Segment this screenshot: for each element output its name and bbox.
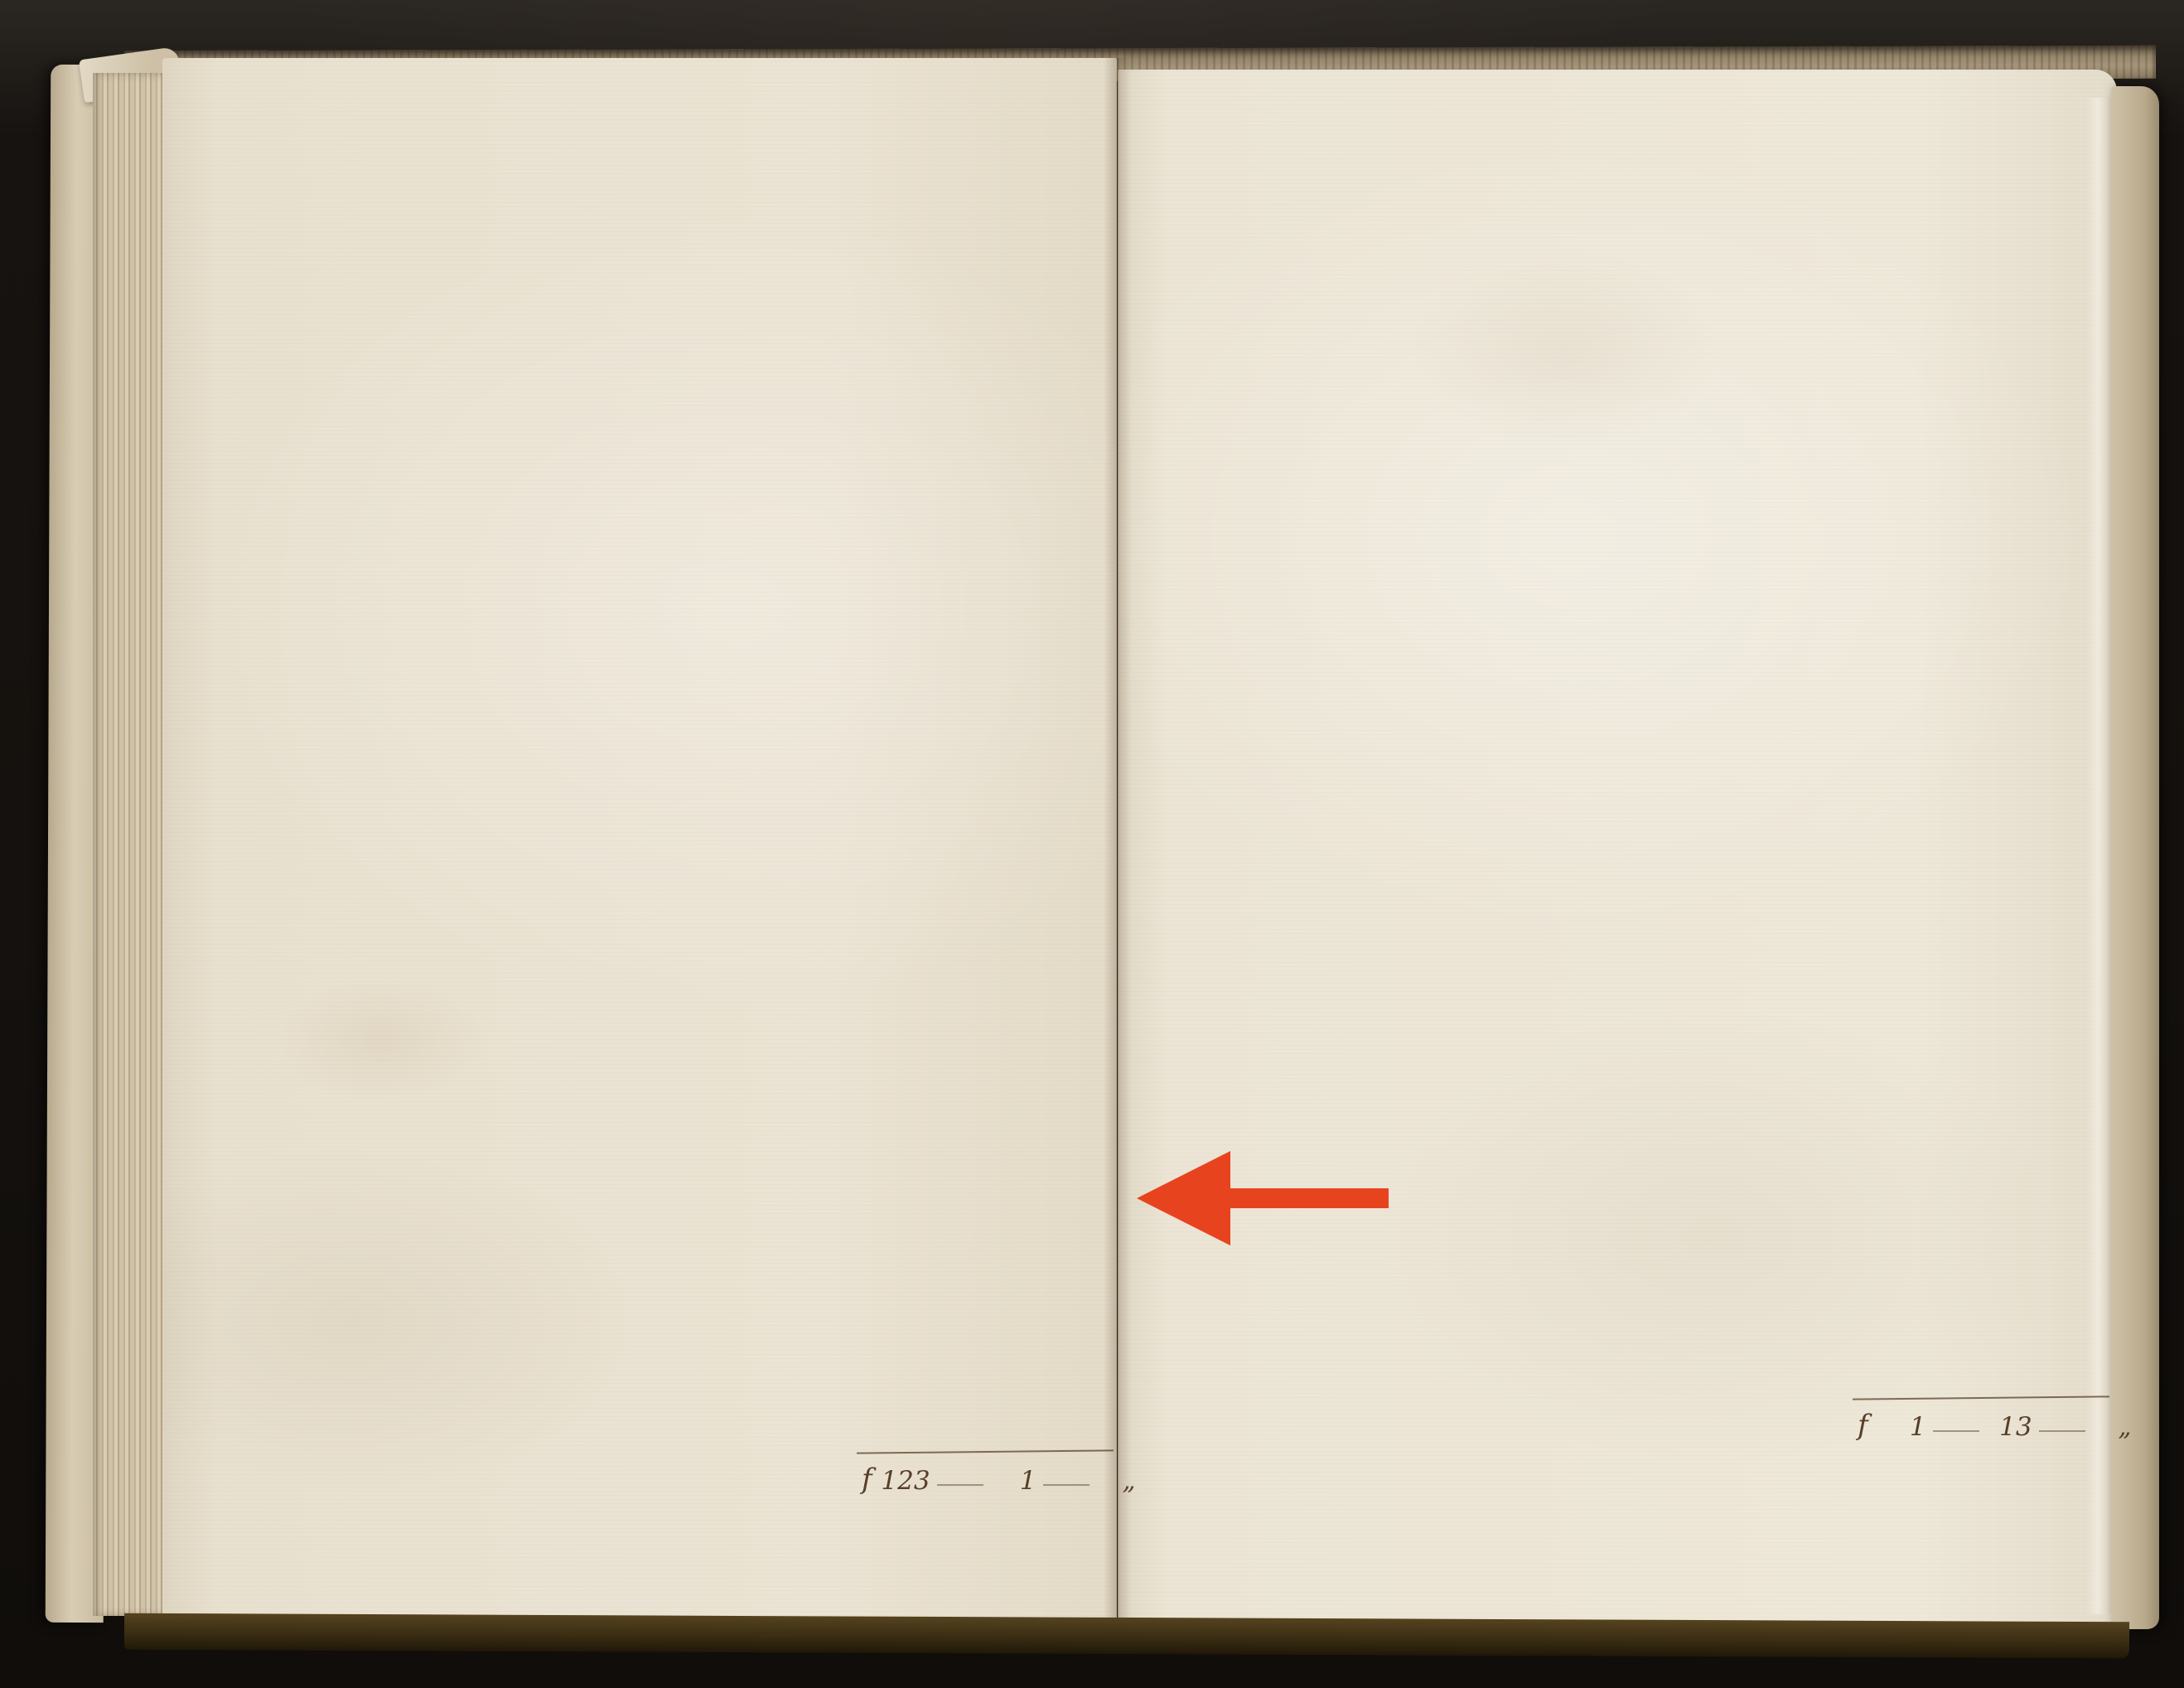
- cover-edge-right: [2111, 86, 2159, 1629]
- right-page: [1118, 70, 2117, 1626]
- ledger-book: f 123 1 „ f 1 13 „: [0, 0, 2184, 1688]
- total-stuivers: 1: [988, 1466, 1036, 1496]
- currency-guilder-sign: f: [1858, 1409, 1868, 1442]
- right-page-total: f 1 13 „: [1858, 1409, 2106, 1442]
- red-arrow-annotation: [1137, 1151, 1389, 1245]
- total-stuivers: 13: [1984, 1412, 2032, 1442]
- left-page: [162, 58, 1117, 1637]
- amount-dash: [1043, 1484, 1090, 1486]
- amount-dash: [1933, 1430, 1979, 1432]
- book-gutter: [1104, 58, 1132, 1628]
- book-bottom-edge: [124, 1613, 2129, 1659]
- page-edges-stack: [93, 73, 166, 1616]
- total-guilders: 1: [1873, 1412, 1926, 1442]
- total-penningen: „: [2090, 1412, 2132, 1442]
- total-guilders: 123: [877, 1466, 930, 1496]
- currency-guilder-sign: f: [862, 1463, 872, 1496]
- amount-dash: [937, 1484, 983, 1486]
- left-page-total: f 123 1 „: [862, 1463, 1110, 1496]
- left-arrow-icon: [1137, 1151, 1389, 1245]
- total-penningen: „: [1094, 1466, 1136, 1496]
- right-deckle-edge: [2086, 98, 2114, 1614]
- amount-dash: [2039, 1430, 2085, 1432]
